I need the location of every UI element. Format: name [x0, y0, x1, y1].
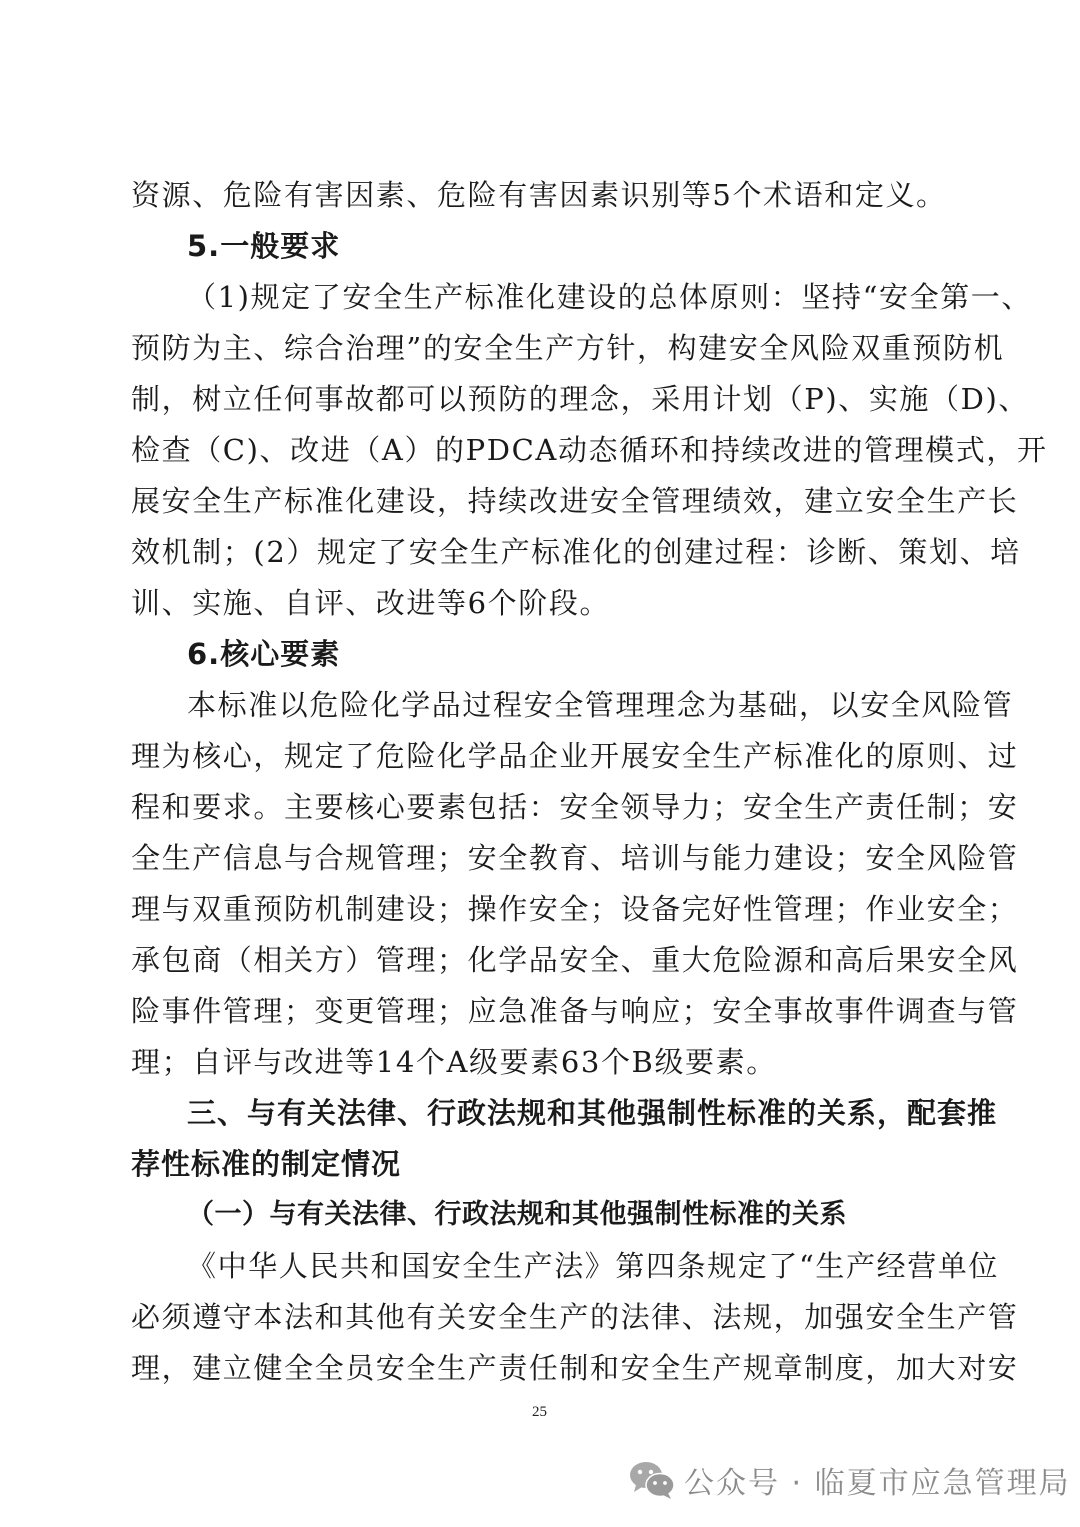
paragraph-line: 程和要求。主要核心要素包括：安全领导力；安全生产责任制；安	[131, 790, 981, 824]
paragraph-line: 训、实施、自评、改进等6个阶段。	[131, 586, 981, 620]
watermark-text: 公众号 · 临夏市应急管理局	[684, 1458, 1071, 1502]
paragraph-line: 理为核心，规定了危险化学品企业开展安全生产标准化的原则、过	[131, 739, 981, 773]
page-number: 25	[532, 1404, 547, 1421]
paragraph-line: 预防为主、综合治理”的安全生产方针，构建安全风险双重预防机	[131, 331, 981, 365]
paragraph-line: 本标准以危险化学品过程安全管理理念为基础，以安全风险管	[187, 688, 981, 722]
paragraph-line: 理；自评与改进等14个A级要素63个B级要素。	[131, 1045, 981, 1079]
paragraph-line: 险事件管理；变更管理；应急准备与响应；安全事故事件调查与管	[131, 994, 981, 1028]
paragraph-line: （1)规定了安全生产标准化建设的总体原则：坚持“安全第一、	[187, 280, 981, 314]
chapter-heading-line: 三、与有关法律、行政法规和其他强制性标准的关系，配套推	[187, 1096, 981, 1130]
document-page: 资源、危险有害因素、危险有害因素识别等5个术语和定义。 5.一般要求 （1)规定…	[0, 0, 1080, 1527]
wechat-icon	[628, 1459, 676, 1501]
paragraph-line: 承包商（相关方）管理；化学品安全、重大危险源和高后果安全风	[131, 943, 981, 977]
paragraph-line: 《中华人民共和国安全生产法》第四条规定了“生产经营单位	[187, 1249, 981, 1283]
paragraph-line: 展安全生产标准化建设，持续改进安全管理绩效，建立安全生产长	[131, 484, 981, 518]
subsection-heading: （一）与有关法律、行政法规和其他强制性标准的关系	[187, 1198, 981, 1232]
section-heading-general-requirements: 5.一般要求	[187, 229, 981, 263]
chapter-heading-line: 荐性标准的制定情况	[131, 1147, 981, 1181]
wechat-watermark: 公众号 · 临夏市应急管理局	[628, 1458, 1071, 1502]
paragraph-line: 效机制；(2）规定了安全生产标准化的创建过程：诊断、策划、培	[131, 535, 981, 569]
paragraph-line: 制，树立任何事故都可以预防的理念，采用计划（P)、实施（D)、	[131, 382, 981, 416]
paragraph-line: 理，建立健全全员安全生产责任制和安全生产规章制度，加大对安	[131, 1351, 981, 1385]
paragraph-line: 理与双重预防机制建设；操作安全；设备完好性管理；作业安全；	[131, 892, 981, 926]
paragraph-line: 必须遵守本法和其他有关安全生产的法律、法规，加强安全生产管	[131, 1300, 981, 1334]
section-heading-core-elements: 6.核心要素	[187, 637, 981, 671]
paragraph-line: 检查（C)、改进（A）的PDCA动态循环和持续改进的管理模式，开	[131, 433, 981, 467]
paragraph-line: 全生产信息与合规管理；安全教育、培训与能力建设；安全风险管	[131, 841, 981, 875]
paragraph-line: 资源、危险有害因素、危险有害因素识别等5个术语和定义。	[131, 178, 981, 212]
